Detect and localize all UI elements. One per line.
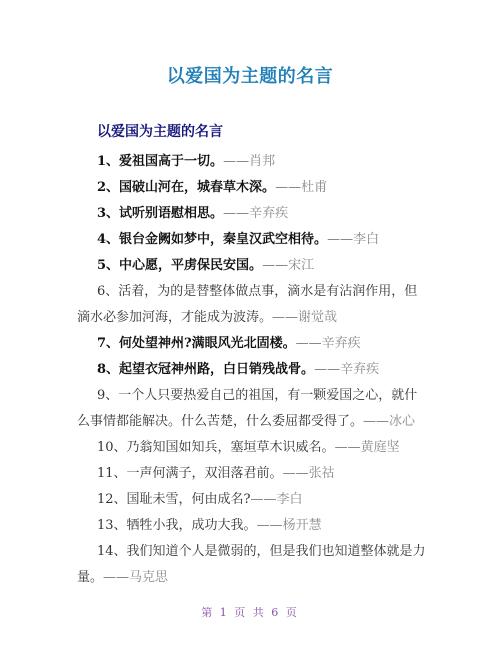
quote-item-continuation: 滴水必参加河海，才能成为波涛。——谢觉哉: [0, 305, 500, 331]
document-title: 以爱国为主题的名言: [0, 62, 500, 88]
quote-item: 7、何处望神州?满眼风光北固楼。——辛弃疾: [0, 331, 500, 357]
quote-author: 冰心: [389, 414, 415, 429]
quote-item: 4、银台金阙如梦中，秦皇汉武空相待。——李白: [0, 227, 500, 253]
quote-list: 1、爱祖国高于一切。——肖邦 2、国破山河在，城春草木深。——杜甫 3、试听别语…: [0, 149, 500, 591]
quote-item: 9、一个人只要热爱自己的祖国，有一颗爱国之心，就什: [0, 383, 500, 409]
quote-item: 1、爱祖国高于一切。——肖邦: [0, 149, 500, 175]
quote-item: 6、活着，为的是替整体做点事，滴水是有沾润作用，但: [0, 279, 500, 305]
quote-item-continuation: 量。——马克思: [0, 565, 500, 591]
quote-item-continuation: 么事情都能解决。什么苦楚，什么委屈都受得了。——冰心: [0, 409, 500, 435]
quote-item: 8、起望衣冠神州路，白日销残战骨。——辛弃疾: [0, 357, 500, 383]
quote-author: 杜甫: [301, 180, 327, 195]
quote-author: 张祜: [309, 466, 335, 481]
quote-item: 14、我们知道个人是微弱的，但是我们也知道整体就是力: [0, 539, 500, 565]
quote-author: 李白: [353, 232, 379, 247]
quote-author: 李白: [277, 492, 303, 507]
quote-author: 马克思: [129, 570, 168, 585]
quote-author: 辛弃疾: [322, 336, 361, 351]
quote-author: 宋江: [288, 258, 314, 273]
quote-item: 5、中心愿，平虏保民安国。——宋江: [0, 253, 500, 279]
quote-author: 辛弃疾: [340, 362, 379, 377]
quote-item: 2、国破山河在，城春草木深。——杜甫: [0, 175, 500, 201]
quote-item: 13、牺牲小我，成功大我。——杨开慧: [0, 513, 500, 539]
section-heading: 以爱国为主题的名言: [97, 121, 223, 141]
quote-author: 谢觉哉: [298, 310, 337, 325]
page-footer: 第 1 页 共 6 页: [0, 604, 500, 620]
quote-author: 杨开慧: [283, 518, 322, 533]
quote-author: 黄庭坚: [361, 440, 400, 455]
quote-item: 10、乃翁知国如知兵，塞垣草木识威名。——黄庭坚: [0, 435, 500, 461]
quote-author: 辛弃疾: [249, 206, 288, 221]
quote-item: 11、一声何满子，双泪落君前。——张祜: [0, 461, 500, 487]
quote-item: 12、国耻未雪，何由成名?——李白: [0, 487, 500, 513]
quote-author: 肖邦: [249, 154, 275, 169]
quote-item: 3、试听别语慰相思。——辛弃疾: [0, 201, 500, 227]
